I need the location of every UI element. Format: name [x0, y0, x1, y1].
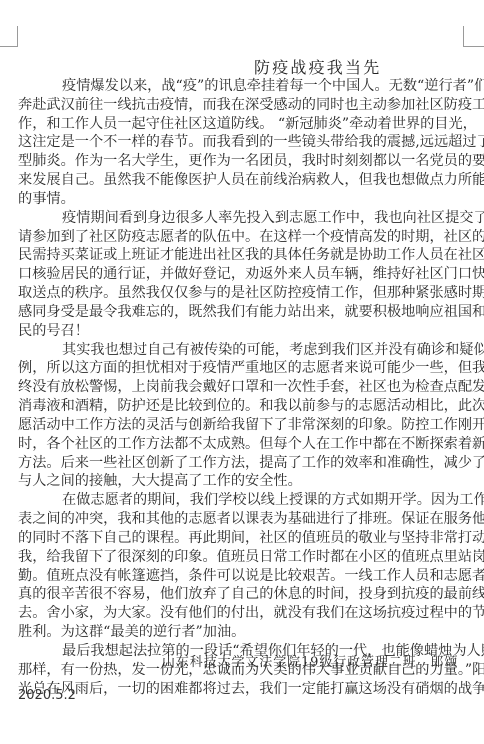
text-line: 真的很辛苦很不容易，他们放弃了自己的休息的时间，投身到抗疫的最前线中 [18, 585, 464, 604]
text-line: 民需持买菜证或上班证才能进出社区我的具体任务就是协助工作人员在社区门 [18, 246, 464, 265]
text-line: 来发展自己。虽然我不能像医护人员在前线治病救人，但我也想做点力所能及 [18, 171, 464, 190]
page-corner-mark-left [0, 26, 18, 47]
text-line: 胜利。为这群“最美的逆行者”加油。 [18, 623, 464, 642]
text-line: 终没有放松警惕，上岗前我会戴好口罩和一次性手套，社区也为检查点配发了 [18, 378, 464, 397]
text-line: 在做志愿者的期间，我们学校以线上授课的方式如期开学。因为工作和课 [18, 491, 464, 510]
text-line: 与人之间的接触，大大提高了工作的安全性。 [18, 472, 464, 491]
text-line: 表之间的冲突，我和其他的志愿者以课表为基础进行了排班。保证在服务他人 [18, 510, 464, 529]
text-line: 民的号召！ [18, 322, 464, 341]
text-line: 勤。值班点没有帐篷遮挡，条件可以说是比较艰苦。一线工作人员和志愿者们 [18, 567, 464, 586]
text-line: 取送点的秩序。虽然我仅仅参与的是社区防控疫情工作，但那种紧张感时期的 [18, 284, 464, 303]
text-line: 疫情爆发以来，战“疫”的讯息牵挂着每一个中国人。无数“逆行者”们 [18, 77, 464, 96]
text-line: 口核验居民的通行证，并做好登记，劝返外来人员车辆，维持好社区门口快递 [18, 265, 464, 284]
text-line: 时，各个社区的工作方法都不太成熟。但每个人在工作中都在不断探索着新的 [18, 435, 464, 454]
author-signature: 山东科技大学文法学院19级行政管理二班 郎颂 [162, 654, 458, 672]
text-line: 消毒液和酒精，防护还是比较到位的。和我以前参与的志愿活动相比，此次志 [18, 397, 464, 416]
text-line: 疫情期间看到身边很多人率先投入到志愿工作中，我也向社区提交了申 [18, 209, 464, 228]
text-line: 其实我也想过自己有被传染的可能，考虑到我们区并没有确诊和疑似病 [18, 341, 464, 360]
text-line: 的事情。 [18, 190, 464, 209]
text-line: 这注定是一个不一样的春节。而我看到的一些镜头带给我的震撼,远远超过了新 [18, 133, 464, 152]
text-line: 请参加到了社区防疫志愿者的队伍中。在这样一个疫情高发的时期，社区的居 [18, 228, 464, 247]
text-line: 感同身受是最令我难忘的，既然我们有能力站出来，就要积极地响应祖国和人 [18, 303, 464, 322]
page-corner-mark-right [463, 26, 484, 47]
text-line: 作，和工作人员一起守住社区这道防线。 “新冠肺炎”牵动着世界的目光， [18, 115, 464, 134]
document-body: 疫情爆发以来，战“疫”的讯息牵挂着每一个中国人。无数“逆行者”们 奔赴武汉前往一… [18, 77, 464, 698]
text-line: 奔赴武汉前往一线抗击疫情，而我在深受感动的同时也主动参加社区防疫工 [18, 96, 464, 115]
text-line: 型肺炎。作为一名大学生，更作为一名团员，我时时刻刻都以一名党员的要求 [18, 152, 464, 171]
paragraph-1: 疫情爆发以来，战“疫”的讯息牵挂着每一个中国人。无数“逆行者”们 奔赴武汉前往一… [18, 77, 464, 209]
text-line: 方法。后来一些社区创新了工作方法，提高了工作的效率和准确性，减少了人 [18, 454, 464, 473]
text-line: 我，给我留下了很深刻的印象。值班员日常工作时都在小区的值班点里站岗执 [18, 548, 464, 567]
paragraph-4: 在做志愿者的期间，我们学校以线上授课的方式如期开学。因为工作和课 表之间的冲突，… [18, 491, 464, 642]
text-line: 去。舍小家，为大家。没有他们的付出，就没有我们在这场抗疫过程中的节节 [18, 604, 464, 623]
document-date: 2020.5.2 [18, 688, 76, 704]
text-line: 例，所以这方面的担忧相对于疫情严重地区的志愿者来说可能少一些，但我始 [18, 359, 464, 378]
paragraph-3: 其实我也想过自己有被传染的可能，考虑到我们区并没有确诊和疑似病 例，所以这方面的… [18, 341, 464, 492]
paragraph-2: 疫情期间看到身边很多人率先投入到志愿工作中，我也向社区提交了申 请参加到了社区防… [18, 209, 464, 341]
text-line: 的同时不落下自己的课程。再此期间，社区的值班员的敬业与坚持非常打动 [18, 529, 464, 548]
text-line: 愿活动中工作方法的灵活与创新给我留下了非常深刻的印象。防控工作刚开始 [18, 416, 464, 435]
document-title: 防疫战疫我当先 [254, 59, 381, 77]
text-line: 光总在风雨后，一切的困难都将过去，我们一定能打赢这场没有硝烟的战争！ [18, 680, 464, 699]
